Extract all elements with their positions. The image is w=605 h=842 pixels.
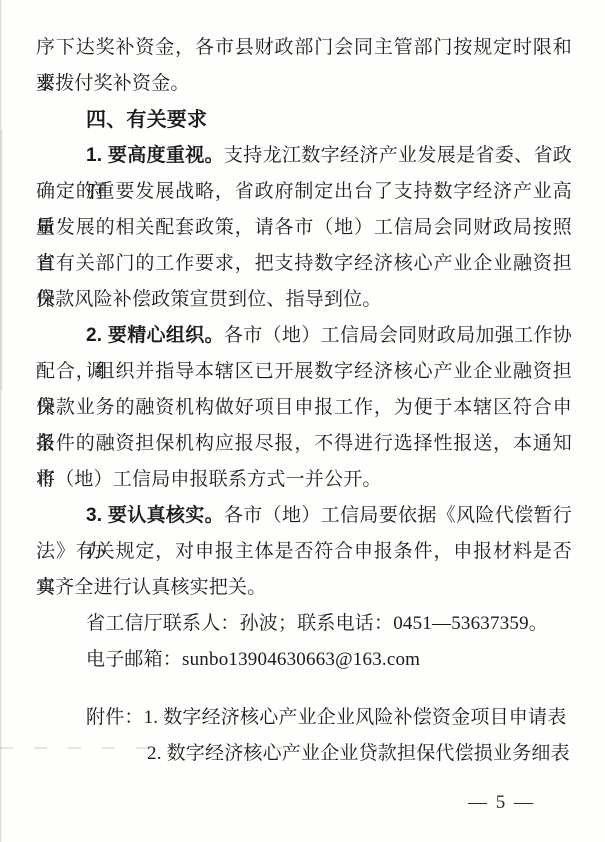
paragraph-lead: 2. 要精心组织。 (86, 325, 224, 346)
attachment-item: 2. 数字经济核心产业企业贷款担保代偿损业务细表 (36, 736, 572, 772)
attachments-label: 附件： (36, 700, 144, 736)
text-line: 贷款业务的融资机构做好项目申报工作，为便于本辖区符合申报 (36, 390, 572, 426)
text-line: 序下达奖补资金，各市县财政部门会同主管部门按规定时限和要 (36, 30, 572, 66)
document-body: 序下达奖补资金，各市县财政部门会同主管部门按规定时限和要 求拨付奖补资金。 四、… (36, 30, 572, 772)
text-line: 贷款风险补偿政策宣贯到位、指导到位。 (36, 282, 572, 318)
paragraph-lead: 1. 要高度重视。 (86, 145, 224, 166)
attachments-block: 附件：1. 数字经济核心产业企业风险补偿资金项目申请表 2. 数字经济核心产业企… (36, 700, 572, 772)
email-line: 电子邮箱：sunbo13904630663@163.com (36, 642, 572, 678)
text-line: 实齐全进行认真核实把关。 (36, 570, 572, 606)
page-number: — 5 — (468, 792, 535, 814)
paragraph-first-line: 1. 要高度重视。支持龙江数字经济产业发展是省委、省政府 (36, 138, 572, 174)
document-page: 序下达奖补资金，各市县财政部门会同主管部门按规定时限和要 求拨付奖补资金。 四、… (0, 0, 605, 842)
scan-edge-artifact (0, 0, 2, 842)
attachment-item: 1. 数字经济核心产业企业风险补偿资金项目申请表 (144, 700, 567, 736)
text-line: 直有关部门的工作要求，把支持数字经济核心产业企业融资担保 (36, 246, 572, 282)
text-line: 市（地）工信局申报联系方式一并公开。 (36, 462, 572, 498)
text-line: 配合，组织并指导本辖区已开展数字经济核心产业企业融资担保 (36, 354, 572, 390)
paragraph-first-line: 3. 要认真核实。各市（地）工信局要依据《风险代偿暂行办 (36, 498, 572, 534)
text-line: 求拨付奖补资金。 (36, 66, 572, 102)
text-line: 确定的重要发展战略，省政府制定出台了支持数字经济产业高质 (36, 174, 572, 210)
text-line: 量发展的相关配套政策，请各市（地）工信局会同财政局按照省 (36, 210, 572, 246)
paragraph-first-line: 2. 要精心组织。各市（地）工信局会同财政局加强工作协调 (36, 318, 572, 354)
section-heading: 四、有关要求 (36, 102, 572, 138)
paragraph-lead: 3. 要认真核实。 (86, 505, 224, 526)
contact-line: 省工信厅联系人：孙波；联系电话：0451—53637359。 (36, 606, 572, 642)
text-line: 条件的融资担保机构应报尽报，不得进行选择性报送，本通知将 (36, 426, 572, 462)
scan-smudge-artifact (0, 130, 3, 390)
attachment-line: 附件：1. 数字经济核心产业企业风险补偿资金项目申请表 (36, 700, 572, 736)
text-line: 法》有关规定，对申报主体是否符合申报条件，申报材料是否真 (36, 534, 572, 570)
scan-streak-artifact (0, 747, 445, 749)
